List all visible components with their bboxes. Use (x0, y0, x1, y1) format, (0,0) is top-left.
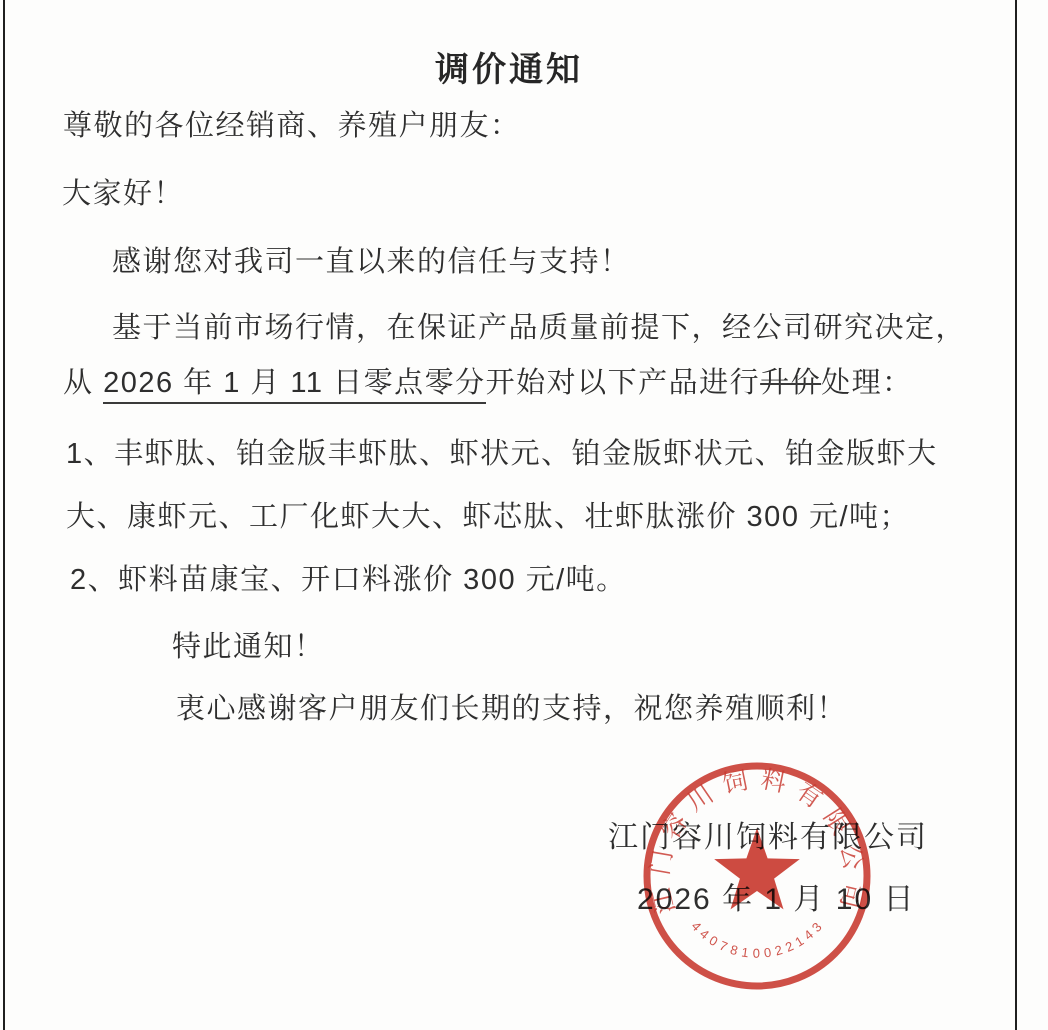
signature-date: 2026 年 1 月 10 日 (637, 874, 915, 918)
page-border-right (1015, 0, 1017, 1030)
decision-paragraph-line2: 从 2026 年 1 月 11 日零点零分开始对以下产品进行升价处理： (63, 360, 913, 401)
price-item-1-line2: 大、康虾元、工厂化虾大大、虾芯肽、壮虾肽涨价 300 元/吨； (66, 494, 910, 535)
signature-company: 江门容川饲料有限公司 (608, 812, 928, 856)
seal-serial-number: 4407810022143 (688, 918, 826, 961)
price-item-1-line1: 1、丰虾肽、铂金版丰虾肽、虾状元、铂金版虾状元、铂金版虾大 (66, 431, 938, 472)
decision-suffix: 处理： (821, 367, 913, 399)
closing-wish: 衷心感谢客户朋友们长期的支持，祝您养殖顺利！ (176, 686, 847, 727)
page-title: 调价通知 (0, 42, 1018, 91)
salutation-line: 尊敬的各位经销商、养殖户朋友： (63, 103, 521, 144)
greeting-line: 大家好！ (62, 171, 184, 212)
decision-prefix: 从 (63, 367, 103, 399)
thanks-paragraph: 感谢您对我司一直以来的信任与支持！ (112, 239, 631, 280)
notice-document: 调价通知 尊敬的各位经销商、养殖户朋友： 大家好！ 感谢您对我司一直以来的信任与… (0, 0, 1048, 1030)
decision-mid: 开始对以下产品进行 (486, 367, 761, 399)
seal-serial-container: 4407810022143 (688, 918, 826, 961)
page-border-left (3, 0, 5, 1030)
effective-date-underlined: 2026 年 1 月 11 日零点零分 (103, 367, 486, 404)
decision-paragraph-line1: 基于当前市场行情，在保证产品质量前提下，经公司研究决定， (112, 305, 966, 346)
price-item-2: 2、虾料苗康宝、开口料涨价 300 元/吨。 (70, 557, 627, 598)
closing-notice: 特此通知！ (172, 624, 325, 665)
struck-word: 升价 (760, 367, 821, 399)
